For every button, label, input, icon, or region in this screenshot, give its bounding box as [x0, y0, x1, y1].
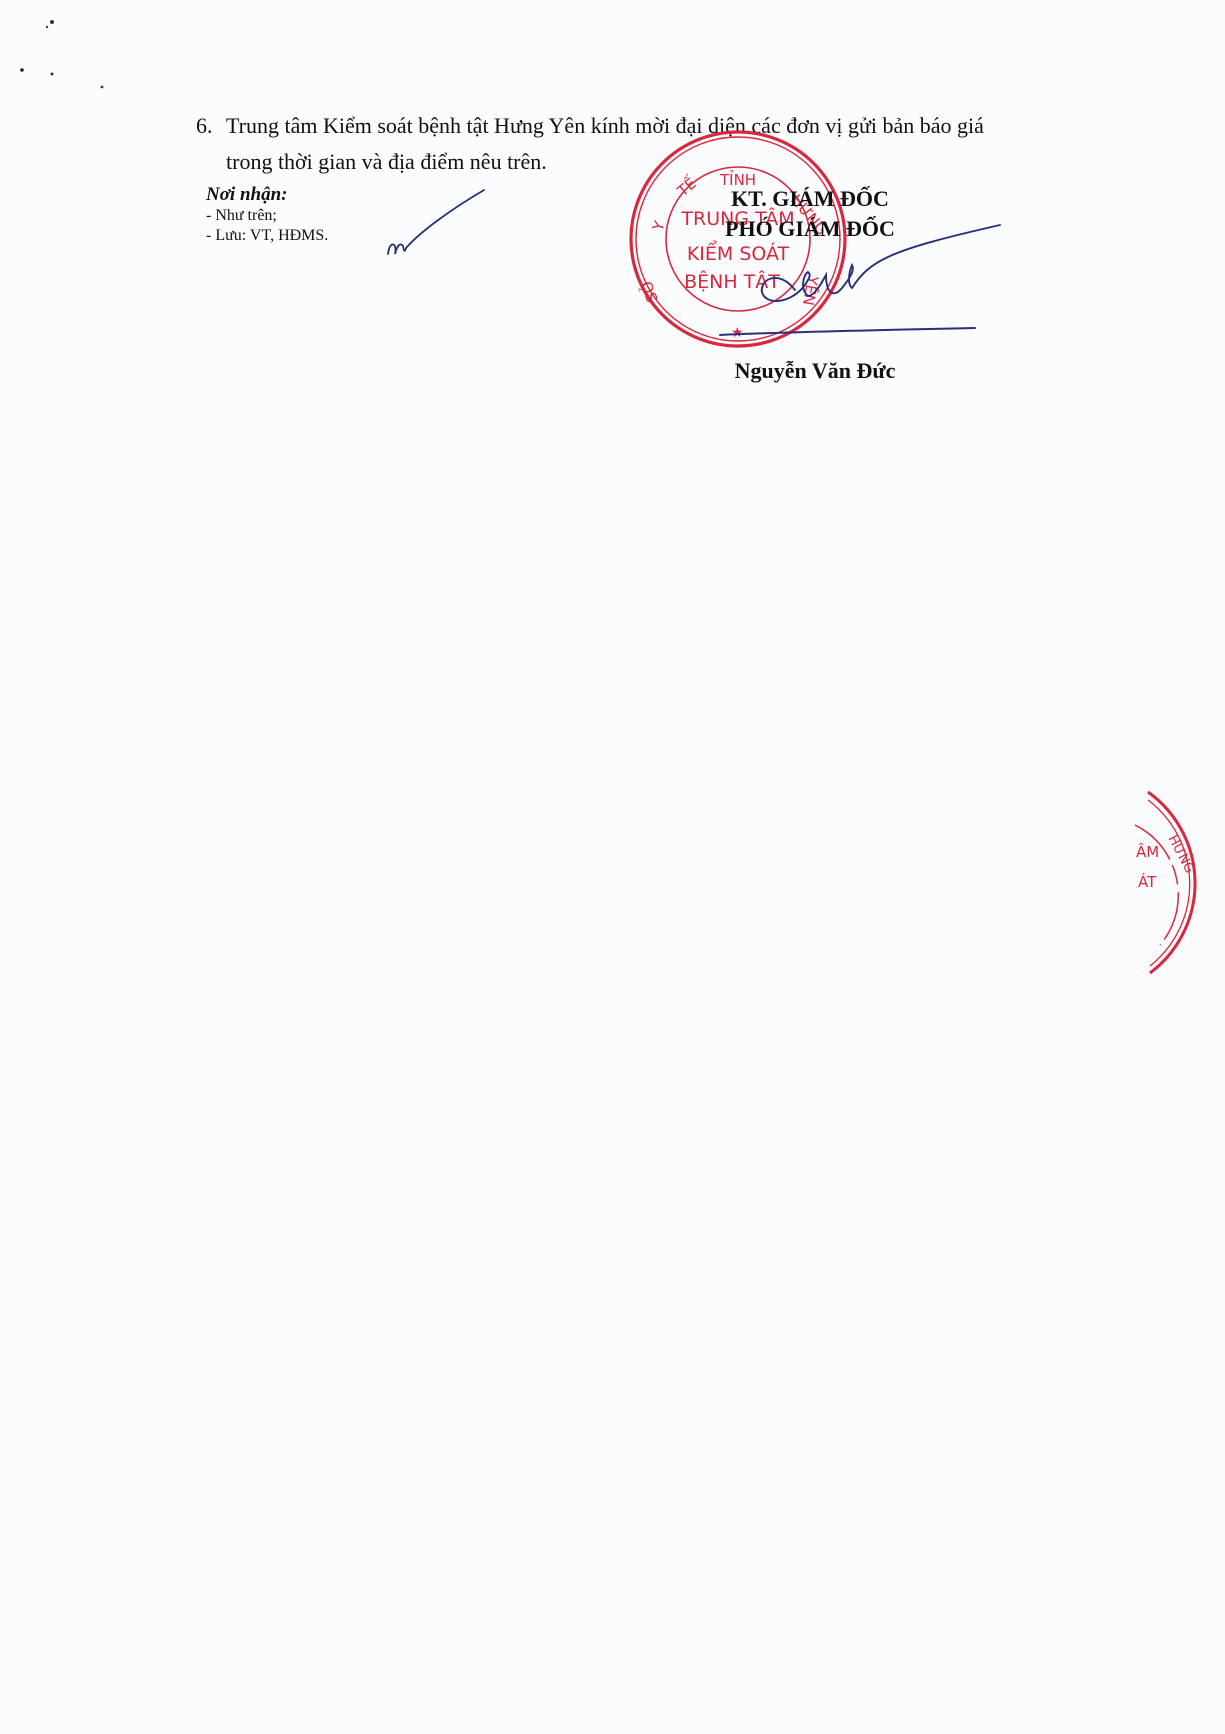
signer-name: Nguyễn Văn Đức: [700, 358, 930, 384]
recipient-item: - Như trên;: [206, 206, 328, 226]
edge-seal-text-at: ÁT: [1138, 872, 1157, 891]
signature-title-line-1: KT. GIÁM ĐỐC: [690, 184, 930, 214]
edge-seal-text-hung: HƯNG: [1164, 833, 1196, 876]
edge-seal-stamp: HƯNG ÂM ÁT: [0, 0, 1225, 1734]
document-page: 6. Trung tâm Kiểm soát bệnh tật Hưng Yên…: [0, 0, 1225, 1734]
scan-specks: [0, 0, 140, 110]
signature-title-block: KT. GIÁM ĐỐC PHÓ GIÁM ĐỐC: [690, 184, 930, 244]
recipients-label: Nơi nhận:: [206, 184, 328, 206]
stamp-center-line-3: BỆNH TẬT: [684, 270, 780, 293]
signature-underline: [720, 328, 975, 335]
paragraph-line-1: Trung tâm Kiểm soát bệnh tật Hưng Yên kí…: [226, 108, 984, 144]
official-stamp: TỈNH TẾ Y SỞ HƯNG YÊN ★ TRUNG TÂM KIỂM S…: [0, 0, 1225, 1734]
svg-text:Y: Y: [649, 218, 670, 234]
recipients-block: Nơi nhận: - Như trên; - Lưu: VT, HĐMS.: [206, 184, 328, 246]
paragraph-line-2: trong thời gian và địa điểm nêu trên.: [226, 144, 547, 180]
edge-seal-text-am: ÂM: [1136, 842, 1159, 861]
signature-title-line-2: PHÓ GIÁM ĐỐC: [690, 214, 930, 244]
handwritten-ink: [0, 0, 1225, 1734]
initials-signature: [388, 190, 484, 254]
svg-text:★: ★: [731, 325, 744, 341]
item-number: 6.: [196, 108, 213, 144]
recipient-item: - Lưu: VT, HĐMS.: [206, 226, 328, 246]
svg-text:SỞ: SỞ: [635, 277, 662, 306]
svg-text:YÊN: YÊN: [799, 273, 823, 307]
